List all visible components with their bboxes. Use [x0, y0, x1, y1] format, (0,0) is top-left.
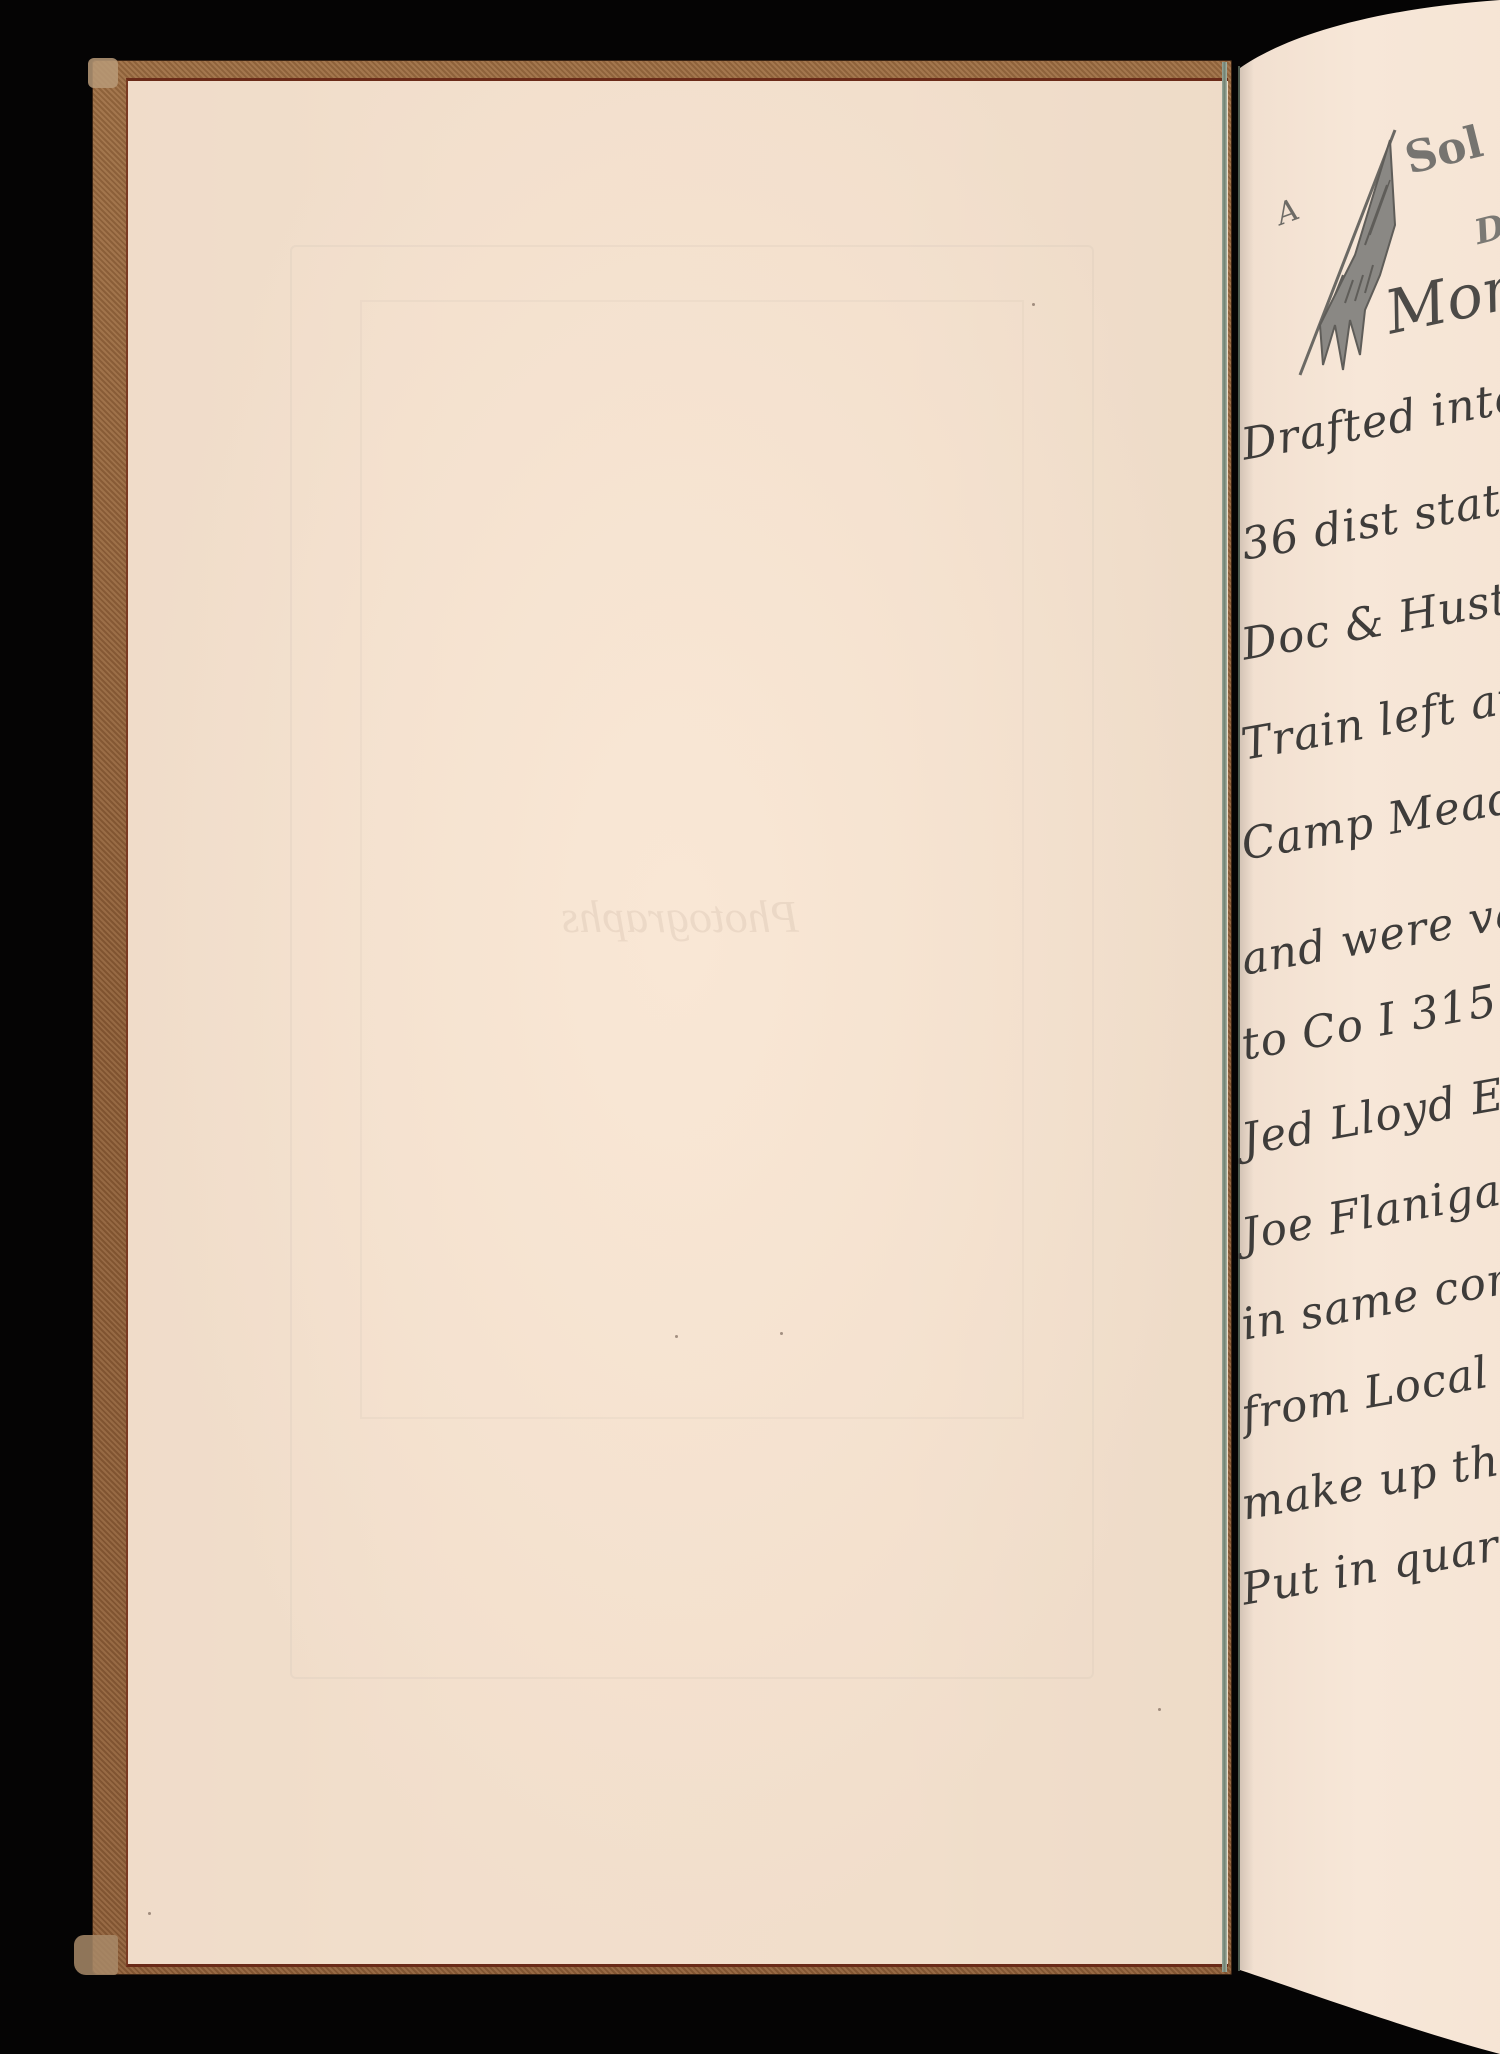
paper-speck: [148, 1912, 151, 1915]
paper-speck: [780, 1332, 783, 1335]
paper-speck: [1032, 303, 1035, 306]
photo-background: Photographs A Sol D Mon Drafted inte 36 …: [0, 0, 1500, 2054]
show-through-title: Photographs: [530, 890, 830, 943]
header-title-fragment: Sol: [1400, 116, 1488, 184]
header-subtitle-fragment: D: [1471, 207, 1500, 253]
page-edge-shadow: [1240, 60, 1254, 1970]
worn-cover-corner-bottom: [74, 1935, 118, 1975]
paper-speck: [675, 1335, 678, 1338]
worn-cover-corner-top: [88, 58, 118, 88]
page-gutter-edge: [1222, 62, 1227, 1972]
flag-icon: [1295, 125, 1405, 385]
paper-speck: [1158, 1708, 1161, 1711]
diary-page-header: A Sol D Mon: [1255, 115, 1500, 395]
show-through-inner-frame: [360, 300, 1024, 1419]
